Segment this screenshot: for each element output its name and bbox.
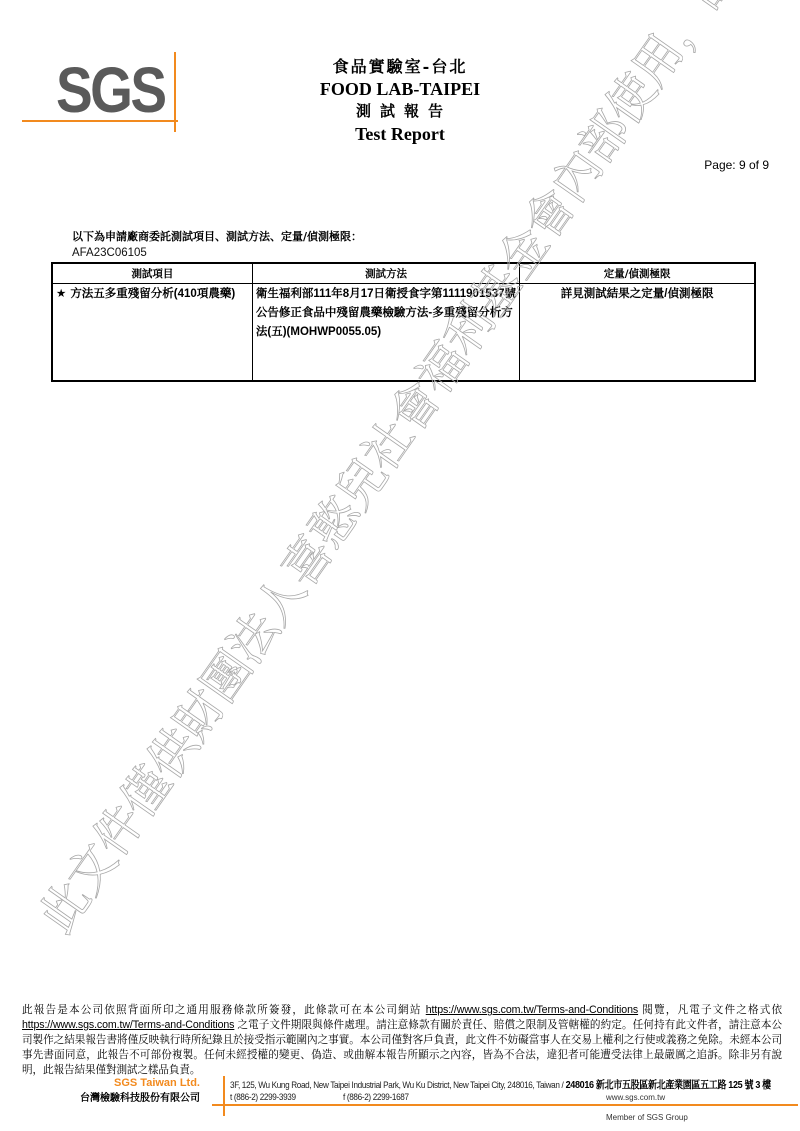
terms-link-2[interactable]: https://www.sgs.com.tw/Terms-and-Conditi… bbox=[22, 1019, 234, 1031]
test-item-text: 方法五多重殘留分析(410項農藥) bbox=[70, 288, 235, 300]
website-link[interactable]: www.sgs.com.tw bbox=[606, 1093, 665, 1102]
page-indicator: Page: 9 of 9 bbox=[704, 158, 769, 172]
terms-link[interactable]: https://www.sgs.com.tw/Terms-and-Conditi… bbox=[426, 1004, 638, 1016]
company-address: 3F, 125, Wu Kung Road, New Taipei Indust… bbox=[230, 1077, 771, 1092]
star-icon: ★ bbox=[56, 288, 66, 300]
lab-name-en: FOOD LAB-TAIPEI bbox=[300, 78, 500, 100]
table-row: ★方法五多重殘留分析(410項農藥) 衛生福利部111年8月17日衛授食字第11… bbox=[52, 283, 755, 381]
column-header-limit: 定量/偵測極限 bbox=[520, 263, 755, 283]
logo-text: SGS bbox=[56, 60, 164, 120]
column-header-test-item: 測試項目 bbox=[52, 263, 252, 283]
disclaimer-text-1: 此報告是本公司依照背面所印之通用服務條款所簽發，此條款可在本公司網站 bbox=[22, 1004, 426, 1016]
cell-test-method: 衛生福利部111年8月17日衛授食字第1111901537號公告修正食品中殘留農… bbox=[252, 283, 519, 381]
footer-vertical-line bbox=[223, 1076, 225, 1116]
fax-number: f (886-2) 2299-1687 bbox=[343, 1092, 409, 1103]
logo-vertical-line bbox=[174, 52, 176, 132]
company-info: SGS Taiwan Ltd. 台灣檢驗科技股份有限公司 bbox=[60, 1076, 200, 1107]
company-name-en: SGS Taiwan Ltd. bbox=[60, 1076, 200, 1091]
disclaimer: 此報告是本公司依照背面所印之通用服務條款所簽發，此條款可在本公司網站 https… bbox=[22, 1003, 782, 1078]
address-en: 3F, 125, Wu Kung Road, New Taipei Indust… bbox=[230, 1080, 563, 1091]
intro-heading: 以下為申請廠商委託測試項目、測試方法、定量/偵測極限： bbox=[72, 228, 362, 244]
cell-limit: 詳見測試結果之定量/偵測極限 bbox=[520, 283, 755, 381]
test-items-table: 測試項目 測試方法 定量/偵測極限 ★方法五多重殘留分析(410項農藥) 衛生福… bbox=[51, 262, 756, 382]
footer-horizontal-line bbox=[212, 1104, 798, 1106]
cell-test-item: ★方法五多重殘留分析(410項農藥) bbox=[52, 283, 252, 381]
report-title-en: Test Report bbox=[300, 122, 500, 146]
watermark: 此文件僅供財團法人喜憨兒社會福利基金會內部使用，請勿外流！ bbox=[20, 86, 650, 945]
table-header-row: 測試項目 測試方法 定量/偵測極限 bbox=[52, 263, 755, 283]
logo-horizontal-line bbox=[22, 120, 178, 122]
member-of-group: Member of SGS Group bbox=[606, 1113, 688, 1122]
disclaimer-text-2: 閱覽，凡電子文件之格式依 bbox=[638, 1004, 782, 1016]
phone-number: t (886-2) 2299-3939 bbox=[230, 1092, 296, 1103]
lab-name-zh: 食品實驗室-台北 bbox=[300, 56, 500, 78]
address-zh: 248016 新北市五股區新北產業園區五工路 125 號 3 樓 bbox=[563, 1079, 770, 1091]
sample-id: AFA23C06105 bbox=[72, 247, 147, 259]
column-header-test-method: 測試方法 bbox=[252, 263, 519, 283]
company-name-zh: 台灣檢驗科技股份有限公司 bbox=[60, 1091, 200, 1107]
sgs-logo: SGS bbox=[22, 52, 182, 137]
report-title-zh: 測試報告 bbox=[308, 100, 500, 122]
report-header: 食品實驗室-台北 FOOD LAB-TAIPEI 測試報告 Test Repor… bbox=[300, 56, 500, 146]
